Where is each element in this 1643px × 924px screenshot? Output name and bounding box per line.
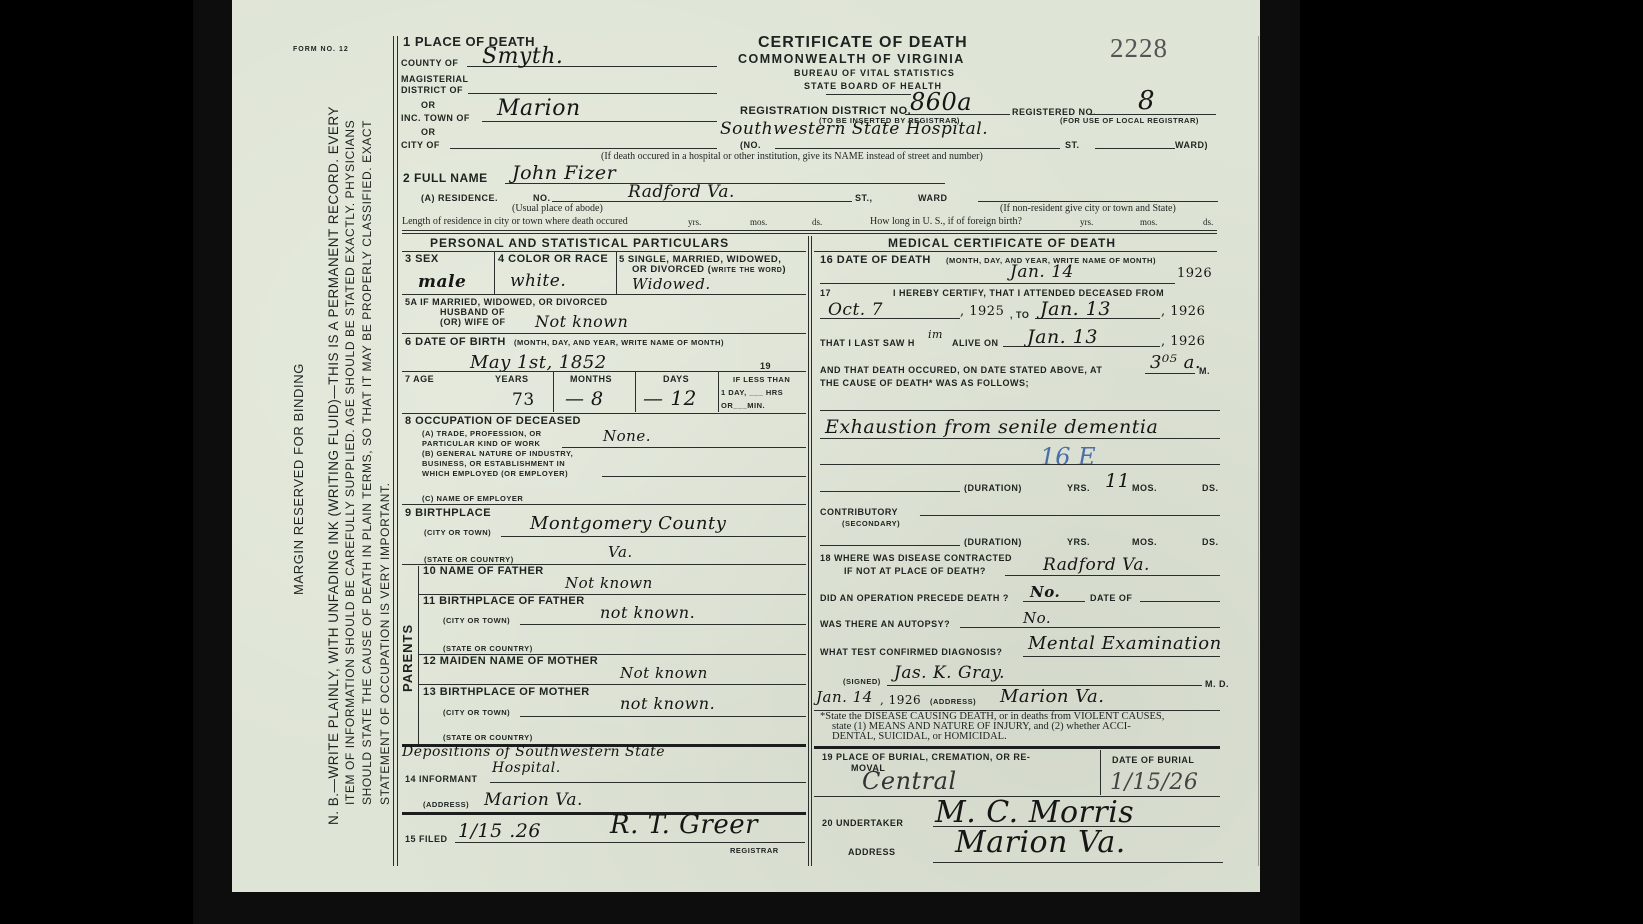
- operation-line: [1023, 601, 1085, 602]
- burial-label-1: 19 PLACE OF BURIAL, CREMATION, OR RE-: [822, 752, 1030, 762]
- form-number: FORM NO. 12: [293, 46, 349, 53]
- row-rule-2: [402, 333, 806, 334]
- contracted-value: Radford Va.: [1043, 555, 1150, 575]
- certify-text: I HEREBY CERTIFY, THAT I ATTENDED DECEAS…: [893, 288, 1164, 298]
- informant-value: Hospital.: [492, 760, 561, 776]
- informant-label: 14 INFORMANT: [405, 774, 478, 784]
- spouse-label-1: 5A IF MARRIED, WIDOWED, OR DIVORCED: [405, 297, 608, 307]
- form-left-border: [393, 36, 394, 866]
- dob-note: (MONTH, DAY, AND YEAR, WRITE NAME OF MON…: [514, 338, 724, 347]
- duration-mos-label: MOS.: [1132, 483, 1157, 493]
- spouse-value: Not known: [535, 312, 628, 331]
- sex-label: 3 SEX: [405, 253, 439, 265]
- burial-date-value: 1/15/26: [1110, 770, 1198, 795]
- foreign-mos-label: mos.: [1140, 217, 1157, 227]
- race-label: 4 COLOR OR RACE: [498, 253, 608, 265]
- test-line: [1023, 656, 1220, 657]
- occupation-b-line: [602, 476, 806, 477]
- contributory-line: [920, 515, 1220, 516]
- form-right-border: [1258, 36, 1259, 866]
- certificate-title: CERTIFICATE OF DEATH: [758, 34, 968, 52]
- ward-label: WARD): [1175, 140, 1208, 150]
- registered-no-value: 8: [1138, 86, 1155, 116]
- spouse-label-3: (OR) WIFE OF: [440, 317, 506, 327]
- cause-label: THE CAUSE OF DEATH* WAS AS FOLLOWS;: [820, 378, 1029, 388]
- medical-heading: MEDICAL CERTIFICATE OF DEATH: [888, 236, 1116, 250]
- street-no-label: (NO.: [740, 140, 761, 150]
- attended-from-year: , 1925: [960, 304, 1004, 319]
- residence-label: (A) RESIDENCE.: [421, 193, 498, 203]
- contracted-line: [1005, 575, 1220, 576]
- occupation-b-line2: BUSINESS, OR ESTABLISHMENT IN: [422, 459, 565, 468]
- signed-value: Jas. K. Gray.: [894, 663, 1005, 683]
- mother-birthplace-city-line: [520, 716, 806, 717]
- race-marital-divider: [616, 252, 617, 294]
- operation-label: DID AN OPERATION PRECEDE DEATH ?: [820, 593, 1009, 603]
- town-label: INC. TOWN OF: [401, 113, 470, 123]
- dod-year: 1926: [1177, 266, 1212, 281]
- father-birthplace-label: 11 BIRTHPLACE OF FATHER: [423, 595, 585, 607]
- informant-address-label: (ADDRESS): [423, 800, 469, 809]
- or-label-1: OR: [421, 100, 436, 110]
- less-than-label: IF LESS THAN: [733, 375, 790, 384]
- residence-st-label: ST.,: [855, 193, 873, 203]
- city-line: [450, 148, 717, 149]
- personal-heading: PERSONAL AND STATISTICAL PARTICULARS: [430, 236, 729, 250]
- duration2-ds-label: DS.: [1202, 537, 1219, 547]
- burial-date-label: DATE OF BURIAL: [1112, 755, 1194, 765]
- margin-instruction-line4: STATEMENT OF OCCUPATION IS VERY IMPORTAN…: [378, 482, 392, 805]
- dod-label: 16 DATE OF DEATH: [820, 254, 931, 266]
- length-yrs-label: yrs.: [688, 217, 701, 227]
- nonresident-line: [978, 201, 1218, 202]
- operation-date-line: [1140, 601, 1220, 602]
- signed-address-value: Marion Va.: [1000, 686, 1104, 707]
- cause-code: 16 E: [1040, 443, 1096, 471]
- registrar-label: REGISTRAR: [730, 846, 779, 855]
- registration-district-note: (TO BE INSERTED BY REGISTRAR): [819, 116, 960, 125]
- filed-line: [455, 842, 805, 843]
- signed-date: Jan. 14: [816, 688, 873, 706]
- age-months-value: — 8: [565, 388, 604, 410]
- or-label-2: OR: [421, 127, 436, 137]
- row-rule-3: [402, 371, 806, 372]
- residence-value: Radford Va.: [628, 182, 735, 202]
- duration2-mos-label: MOS.: [1132, 537, 1157, 547]
- street-label: ST.: [1065, 140, 1080, 150]
- margin-instruction-line1: N. B.—WRITE PLAINLY, WITH UNFADING INK (…: [326, 106, 341, 825]
- father-birthplace-value: not known.: [600, 603, 695, 622]
- attended-to-value: Jan. 13: [1040, 298, 1111, 320]
- signed-year: , 1926: [880, 693, 921, 707]
- street-line: [775, 148, 1060, 149]
- dob-label: 6 DATE OF BIRTH: [405, 336, 506, 348]
- occupation-a-line2: PARTICULAR KIND OF WORK: [422, 439, 540, 448]
- md-label: M. D.: [1205, 679, 1229, 689]
- personal-heading-rule: [402, 251, 806, 252]
- mother-birthplace-value: not known.: [620, 694, 715, 713]
- operation-date-label: DATE OF: [1090, 593, 1132, 603]
- mother-birthplace-state-label: (STATE OR COUNTRY): [443, 733, 533, 742]
- age-divider-2: [635, 372, 636, 412]
- column-divider-inner: [811, 236, 812, 866]
- occupation-value: None.: [603, 427, 651, 445]
- full-name-label: 2 FULL NAME: [403, 171, 488, 185]
- certify-number: 17: [820, 288, 831, 298]
- father-birthplace-city-label: (CITY OR TOWN): [443, 616, 510, 625]
- margin-instruction-line3: SHOULD STATE THE CAUSE OF DEATH IN PLAIN…: [360, 120, 374, 805]
- age-days-value: — 12: [643, 386, 697, 410]
- dob-value: May 1st, 1852: [470, 352, 607, 373]
- birthplace-city-value: Montgomery County: [530, 513, 726, 534]
- contracted-label-1: 18 WHERE WAS DISEASE CONTRACTED: [820, 553, 1012, 563]
- years-label: YEARS: [495, 374, 529, 384]
- birthplace-state-value: Va.: [608, 543, 633, 561]
- autopsy-label: WAS THERE AN AUTOPSY?: [820, 619, 950, 629]
- occurred-label: AND THAT DEATH OCCURED, ON DATE STATED A…: [820, 365, 1102, 375]
- county-value: Smyth.: [482, 44, 563, 69]
- signed-label: (SIGNED): [843, 677, 881, 686]
- filed-date: 1/15 .26: [458, 820, 541, 842]
- last-saw-him: im: [928, 328, 943, 341]
- father-label: 10 NAME OF FATHER: [423, 565, 544, 577]
- nonresident-note: (If non-resident give city or town and S…: [1000, 203, 1176, 214]
- sex-value: male: [418, 272, 466, 292]
- occupation-b-line1: (B) GENERAL NATURE OF INDUSTRY,: [422, 449, 573, 458]
- birthplace-city-line: [501, 536, 806, 537]
- registered-no-note: (FOR USE OF LOCAL REGISTRAR): [1060, 116, 1199, 125]
- father-birthplace-state-label: (STATE OR COUNTRY): [443, 644, 533, 653]
- test-label: WHAT TEST CONFIRMED DIAGNOSIS?: [820, 647, 1002, 657]
- occupation-label: 8 OCCUPATION OF DECEASED: [405, 415, 581, 427]
- age-label: 7 AGE: [405, 374, 434, 384]
- contributory-label: CONTRIBUTORY: [820, 507, 898, 517]
- occurred-m: M.: [1199, 366, 1210, 376]
- length-mos-label: mos.: [750, 217, 767, 227]
- town-line: [482, 121, 717, 122]
- occurred-time: 3⁰⁵ a.: [1150, 352, 1201, 373]
- length-ds-label: ds.: [812, 217, 822, 227]
- burial-date-divider: [1100, 750, 1101, 795]
- autopsy-value: No.: [1023, 609, 1051, 627]
- undertaker-address-value: Marion Va.: [955, 825, 1126, 860]
- cause-line-3: [820, 464, 1220, 465]
- occupation-c: (C) NAME OF EMPLOYER: [422, 494, 523, 503]
- last-saw-value: Jan. 13: [1027, 326, 1098, 348]
- form-left-border-inner: [397, 36, 398, 866]
- age-divider-1: [553, 372, 554, 412]
- residence-ward-label: WARD: [918, 193, 948, 203]
- occupation-a-line1: (A) TRADE, PROFESSION, OR: [422, 429, 542, 438]
- duration2-yrs-label: YRS.: [1067, 537, 1090, 547]
- dod-value: Jan. 14: [1010, 262, 1074, 282]
- foreign-birth-label: How long in U. S., if of foreign birth?: [870, 216, 1022, 227]
- row-rule-1: [402, 294, 806, 295]
- birthplace-city-label: (CITY OR TOWN): [424, 528, 491, 537]
- occupation-b-line3: WHICH EMPLOYED (OR EMPLOYER): [422, 469, 568, 478]
- foreign-yrs-label: yrs.: [1080, 217, 1093, 227]
- parents-divider: [418, 566, 419, 744]
- duration-ds-label: DS.: [1202, 483, 1219, 493]
- marital-value: Widowed.: [632, 275, 711, 293]
- full-name-value: John Fizer: [512, 162, 616, 184]
- last-saw-label: THAT I LAST SAW H: [820, 338, 915, 348]
- duration-line: [820, 491, 960, 492]
- contracted-label-2: IF NOT AT PLACE OF DEATH?: [844, 566, 986, 576]
- autopsy-line: [960, 627, 1220, 628]
- ward-line: [1095, 148, 1175, 149]
- age-years-value: 73: [512, 390, 535, 410]
- row-rule-9: [418, 684, 806, 685]
- section-divider-top: [402, 230, 1217, 231]
- less-than-day: 1 DAY, ___ HRS: [721, 388, 783, 397]
- margin-instruction-line2: ITEM OF INFORMATION SHOULD BE CAREFULLY …: [343, 120, 357, 805]
- footnote-line3: DENTAL, SUICIDAL, or HOMICIDAL.: [832, 732, 1007, 742]
- burial-rule-top: [814, 746, 1220, 749]
- father-value: Not known: [565, 574, 653, 592]
- mother-label: 12 MAIDEN NAME OF MOTHER: [423, 655, 598, 667]
- duration-yrs-label: YRS.: [1067, 483, 1090, 493]
- certificate-number: 2228: [1110, 33, 1168, 64]
- length-of-residence-label: Length of residence in city or town wher…: [402, 216, 628, 227]
- column-divider: [808, 236, 809, 866]
- occupation-a-line: [562, 447, 806, 448]
- section-divider-top-2: [402, 233, 1217, 234]
- dob-19: 19: [760, 361, 771, 371]
- dod-line: [820, 283, 1175, 284]
- undertaker-address-line: [933, 862, 1223, 863]
- test-value: Mental Examination: [1028, 633, 1222, 654]
- sex-race-divider: [494, 252, 495, 294]
- months-label: MONTHS: [570, 374, 612, 384]
- operation-value: No.: [1030, 583, 1060, 601]
- cause-line-2: [820, 438, 1220, 439]
- attended-to-year: , 1926: [1161, 304, 1205, 319]
- magisterial-label: MAGISTERIAL: [401, 74, 469, 84]
- attended-from-value: Oct. 7: [828, 300, 883, 320]
- mother-value: Not known: [620, 664, 708, 682]
- mother-birthplace-city-label: (CITY OR TOWN): [443, 708, 510, 717]
- burial-place-value: Central: [862, 767, 957, 795]
- duration-label: (DURATION): [964, 483, 1022, 493]
- birthplace-state-label: (STATE OR COUNTRY): [424, 555, 514, 564]
- father-birthplace-city-line: [520, 624, 806, 625]
- row-rule-5: [402, 504, 806, 505]
- last-saw-year: , 1926: [1161, 334, 1205, 349]
- county-label: COUNTY OF: [401, 58, 458, 68]
- medical-heading-rule: [814, 251, 1217, 252]
- city-label: CITY OF: [401, 140, 440, 150]
- birthplace-label: 9 BIRTHPLACE: [405, 507, 491, 519]
- marital-label-2: OR DIVORCED (write the word): [632, 264, 786, 275]
- duration2-label: (DURATION): [964, 537, 1022, 547]
- attended-to-label: , TO: [1010, 310, 1029, 320]
- days-label: DAYS: [663, 374, 689, 384]
- duration-mos-value: 11: [1105, 470, 1130, 492]
- duration2-line: [820, 545, 960, 546]
- signed-address-label: (ADDRESS): [930, 697, 976, 706]
- undertaker-address-label: ADDRESS: [848, 847, 896, 857]
- cause-line-1: [820, 410, 1220, 411]
- foreign-ds-label: ds.: [1203, 217, 1213, 227]
- header-rule: [826, 94, 911, 95]
- undertaker-label: 20 UNDERTAKER: [822, 818, 903, 828]
- parents-label: PARENTS: [400, 624, 415, 692]
- occurred-line: [1145, 373, 1195, 374]
- row-rule-4: [402, 413, 806, 414]
- town-value: Marion: [497, 96, 581, 121]
- certificate-subtitle: COMMONWEALTH OF VIRGINIA: [738, 52, 965, 66]
- district-label: DISTRICT OF: [401, 85, 463, 95]
- informant-address-value: Marion Va.: [484, 790, 583, 810]
- bureau-label: BUREAU OF VITAL STATISTICS: [794, 68, 955, 78]
- less-than-min: OR___MIN.: [721, 401, 765, 410]
- mother-birthplace-label: 13 BIRTHPLACE OF MOTHER: [423, 686, 590, 698]
- informant-line: [490, 782, 806, 783]
- informant-prefix: Depositions of Southwestern State: [402, 744, 665, 760]
- registration-district-value: 860a: [910, 88, 972, 116]
- alive-on-label: ALIVE ON: [952, 338, 999, 348]
- race-value: white.: [510, 271, 566, 291]
- cause-value: Exhaustion from senile dementia: [825, 416, 1158, 438]
- secondary-label: (SECONDARY): [842, 519, 900, 528]
- district-line: [468, 93, 717, 94]
- age-divider-3: [718, 372, 719, 412]
- spouse-label-2: HUSBAND OF: [440, 307, 505, 317]
- residence-no-label: NO.: [533, 193, 551, 203]
- filed-label: 15 FILED: [405, 834, 448, 844]
- registrar-signature: R. T. Greer: [610, 810, 758, 840]
- residence-note: (Usual place of abode): [512, 203, 603, 214]
- institution-note: (If death occured in a hospital or other…: [601, 151, 983, 162]
- margin-binding-note: MARGIN RESERVED FOR BINDING: [291, 363, 306, 595]
